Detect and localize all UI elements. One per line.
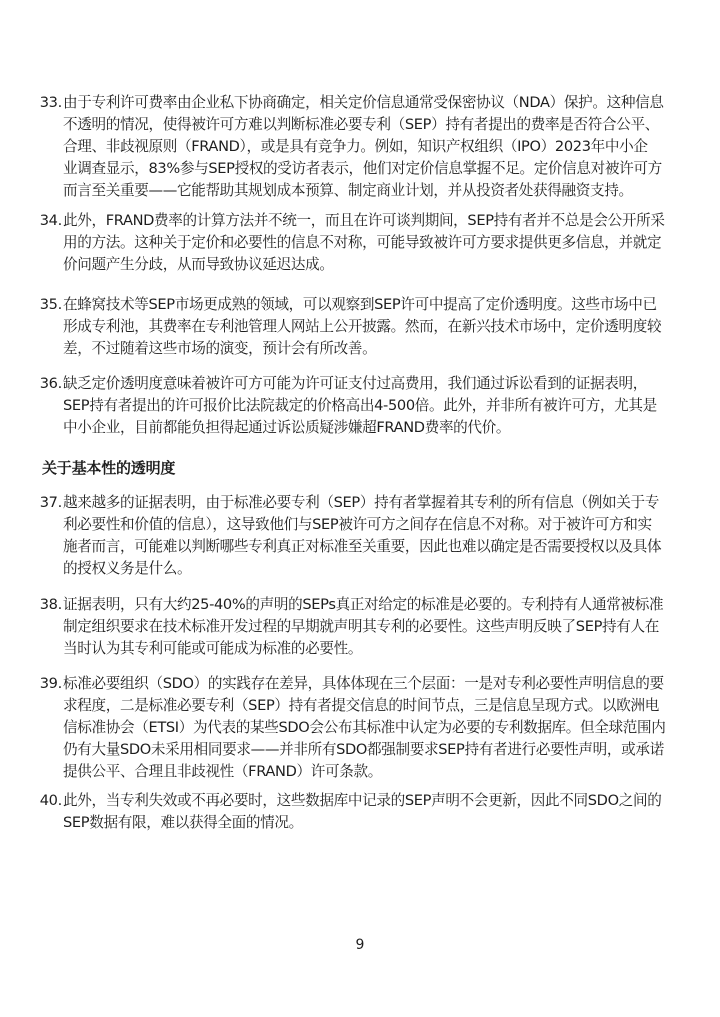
document-page: 33. 由于专利许可费率由企业私下协商确定，相关定价信息通常受保密协议（NDA）… [0,0,720,1017]
paragraph-line: 证据表明，只有大约25-40%的声明的SEPs真正对给定的标准是必要的。专利持有… [63,594,683,616]
paragraph-line: 由于专利许可费率由企业私下协商确定，相关定价信息通常受保密协议（NDA）保护。这… [63,92,683,114]
paragraph-line: 差，不过随着这些市场的演变，预计会有所改善。 [63,338,683,360]
paragraph-number: 36. [36,373,62,395]
paragraph-line: 信标准协会（ETSI）为代表的某些SDO会公布其标准中认定为必要的专利数据库。但… [63,717,683,739]
page-number: 9 [0,936,720,954]
paragraph-line: 此外，当专利失效或不再必要时，这些数据库中记录的SEP声明不会更新，因此不同SD… [63,790,683,812]
paragraph-line: 价问题产生分歧，从而导致协议延迟达成。 [63,254,683,276]
paragraph-line: SEP持有者提出的许可报价比法院裁定的价格高出4-500倍。此外，并非所有被许可… [63,395,683,417]
paragraph-number: 39. [36,673,62,695]
paragraph-line: 此外，FRAND费率的计算方法并不统一，而且在许可谈判期间，SEP持有者并不总是… [63,210,683,232]
paragraph-line: 中小企业，目前都能负担得起通过诉讼质疑涉嫌超FRAND费率的代价。 [63,417,683,439]
paragraph-number: 40. [36,790,62,812]
paragraph-line: 标准必要组织（SDO）的实践存在差异，具体体现在三个层面：一是对专利必要性声明信… [63,673,683,695]
paragraph-line: 越来越多的证据表明，由于标准必要专利（SEP）持有者掌握着其专利的所有信息（例如… [63,492,683,514]
paragraph-line: 合理、非歧视原则（FRAND），或是具有竞争力。例如，知识产权组织（IPO）20… [63,136,683,158]
paragraph-line: 施者而言，可能难以判断哪些专利真正对标准至关重要，因此也难以确定是否需要授权以及… [63,536,683,558]
paragraph-line: 的授权义务是什么。 [63,558,683,580]
paragraph-line: 用的方法。这种关于定价和必要性的信息不对称，可能导致被许可方要求提供更多信息，并… [63,232,683,254]
paragraph-line: 当时认为其专利可能或可能成为标准的必要性。 [63,638,683,660]
paragraph-number: 37. [36,492,62,514]
paragraph-number: 33. [36,92,62,114]
paragraph-line: 利必要性和价值的信息），这导致他们与SEP被许可方之间存在信息不对称。对于被许可… [63,514,683,536]
paragraph-line: 在蜂窝技术等SEP市场更成熟的领域，可以观察到SEP许可中提高了定价透明度。这些… [63,294,683,316]
paragraph-line: 业调查显示，83%参与SEP授权的受访者表示，他们对定价信息掌握不足。定价信息对… [63,158,683,180]
paragraph-number: 35. [36,294,62,316]
paragraph-line: 而言至关重要——它能帮助其规划成本预算、制定商业计划，并从投资者处获得融资支持。 [63,180,683,202]
paragraph-line: 形成专利池，其费率在专利池管理人网站上公开披露。然而，在新兴技术市场中，定价透明… [63,316,683,338]
section-heading: 关于基本性的透明度 [42,457,175,479]
paragraph-number: 34. [36,210,62,232]
paragraph-line: 提供公平、合理且非歧视性（FRAND）许可条款。 [63,761,683,783]
paragraph-line: 制定组织要求在技术标准开发过程的早期就声明其专利的必要性。这些声明反映了SEP持… [63,616,683,638]
paragraph-line: 仍有大量SDO未采用相同要求——并非所有SDO都强制要求SEP持有者进行必要性声… [63,739,683,761]
paragraph-line: 不透明的情况，使得被许可方难以判断标准必要专利（SEP）持有者提出的费率是否符合… [63,114,683,136]
paragraph-line: 缺乏定价透明度意味着被许可方可能为许可证支付过高费用，我们通过诉讼看到的证据表明… [63,373,683,395]
paragraph-line: 求程度，二是标准必要专利（SEP）持有者提交信息的时间节点，三是信息呈现方式。以… [63,695,683,717]
paragraph-number: 38. [36,594,62,616]
paragraph-line: SEP数据有限，难以获得全面的情况。 [63,812,683,834]
